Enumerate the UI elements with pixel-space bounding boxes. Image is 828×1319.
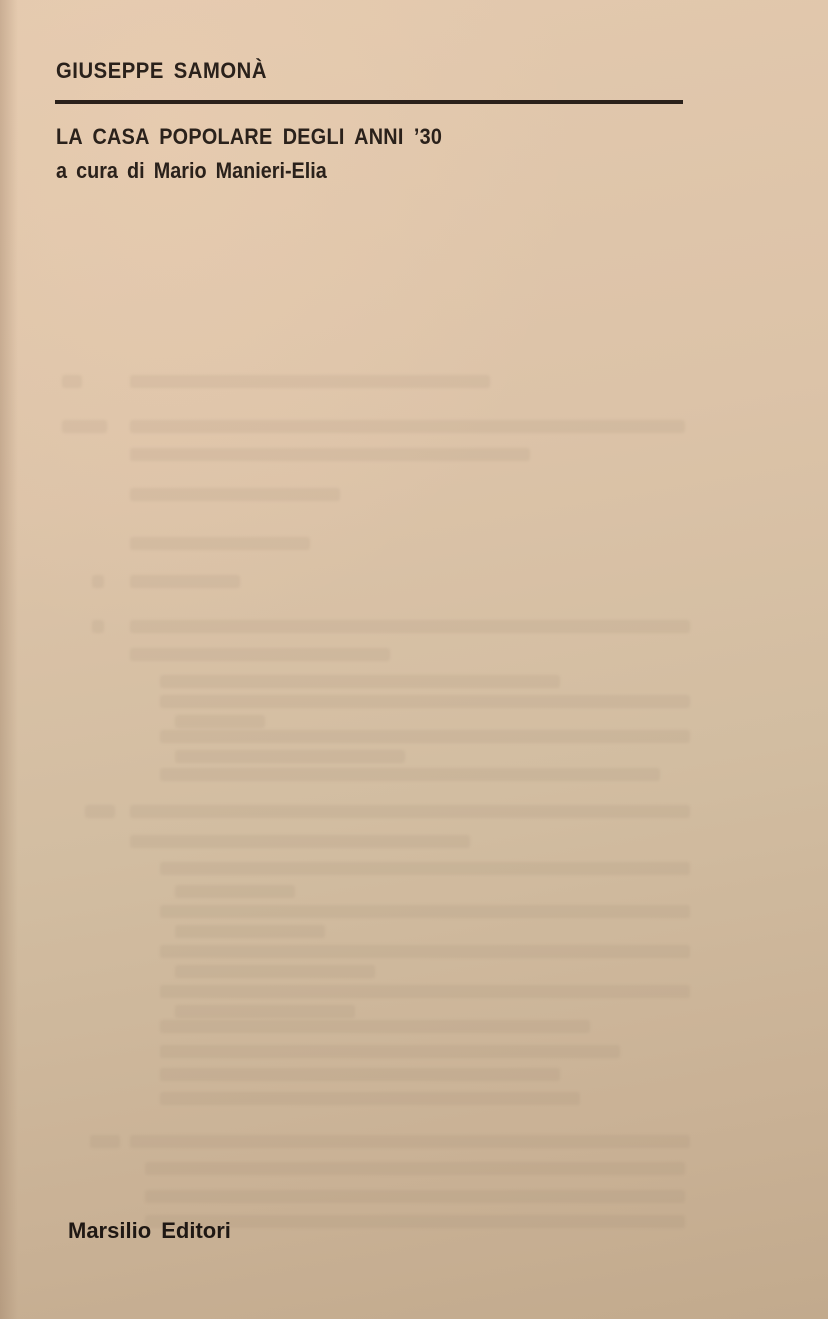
show-through-text xyxy=(0,0,828,1319)
show-through-line xyxy=(130,375,490,388)
show-through-line xyxy=(62,420,107,433)
show-through-line xyxy=(160,945,690,958)
show-through-line xyxy=(130,648,390,661)
show-through-line xyxy=(160,1092,580,1105)
show-through-line xyxy=(175,715,265,728)
show-through-line xyxy=(160,768,660,781)
binding-shadow xyxy=(0,0,18,1319)
show-through-line xyxy=(130,1135,690,1148)
show-through-line xyxy=(62,375,82,388)
show-through-line xyxy=(85,805,115,818)
show-through-line xyxy=(160,862,690,875)
author-name: GIUSEPPE SAMONÀ xyxy=(56,58,267,84)
horizontal-rule xyxy=(55,100,683,104)
show-through-line xyxy=(160,675,560,688)
show-through-line xyxy=(175,1005,355,1018)
show-through-line xyxy=(145,1162,685,1175)
show-through-line xyxy=(175,925,325,938)
show-through-line xyxy=(130,575,240,588)
title-page: GIUSEPPE SAMONÀ LA CASA POPOLARE DEGLI A… xyxy=(0,0,828,1319)
show-through-line xyxy=(175,885,295,898)
show-through-line xyxy=(92,620,104,633)
editor-credit: a cura di Mario Manieri-Elia xyxy=(56,158,327,184)
show-through-line xyxy=(160,1020,590,1033)
book-title: LA CASA POPOLARE DEGLI ANNI ’30 xyxy=(56,124,442,150)
show-through-line xyxy=(160,985,690,998)
show-through-line xyxy=(130,448,530,461)
show-through-line xyxy=(160,1068,560,1081)
show-through-line xyxy=(130,488,340,501)
show-through-line xyxy=(130,805,690,818)
show-through-line xyxy=(175,965,375,978)
show-through-line xyxy=(160,905,690,918)
show-through-line xyxy=(92,575,104,588)
show-through-line xyxy=(160,1045,620,1058)
show-through-line xyxy=(130,620,690,633)
show-through-line xyxy=(160,695,690,708)
show-through-line xyxy=(130,420,685,433)
show-through-line xyxy=(160,730,690,743)
publisher-name: Marsilio Editori xyxy=(68,1218,231,1244)
show-through-line xyxy=(130,537,310,550)
show-through-line xyxy=(130,835,470,848)
show-through-line xyxy=(90,1135,120,1148)
show-through-line xyxy=(145,1190,685,1203)
show-through-line xyxy=(175,750,405,763)
